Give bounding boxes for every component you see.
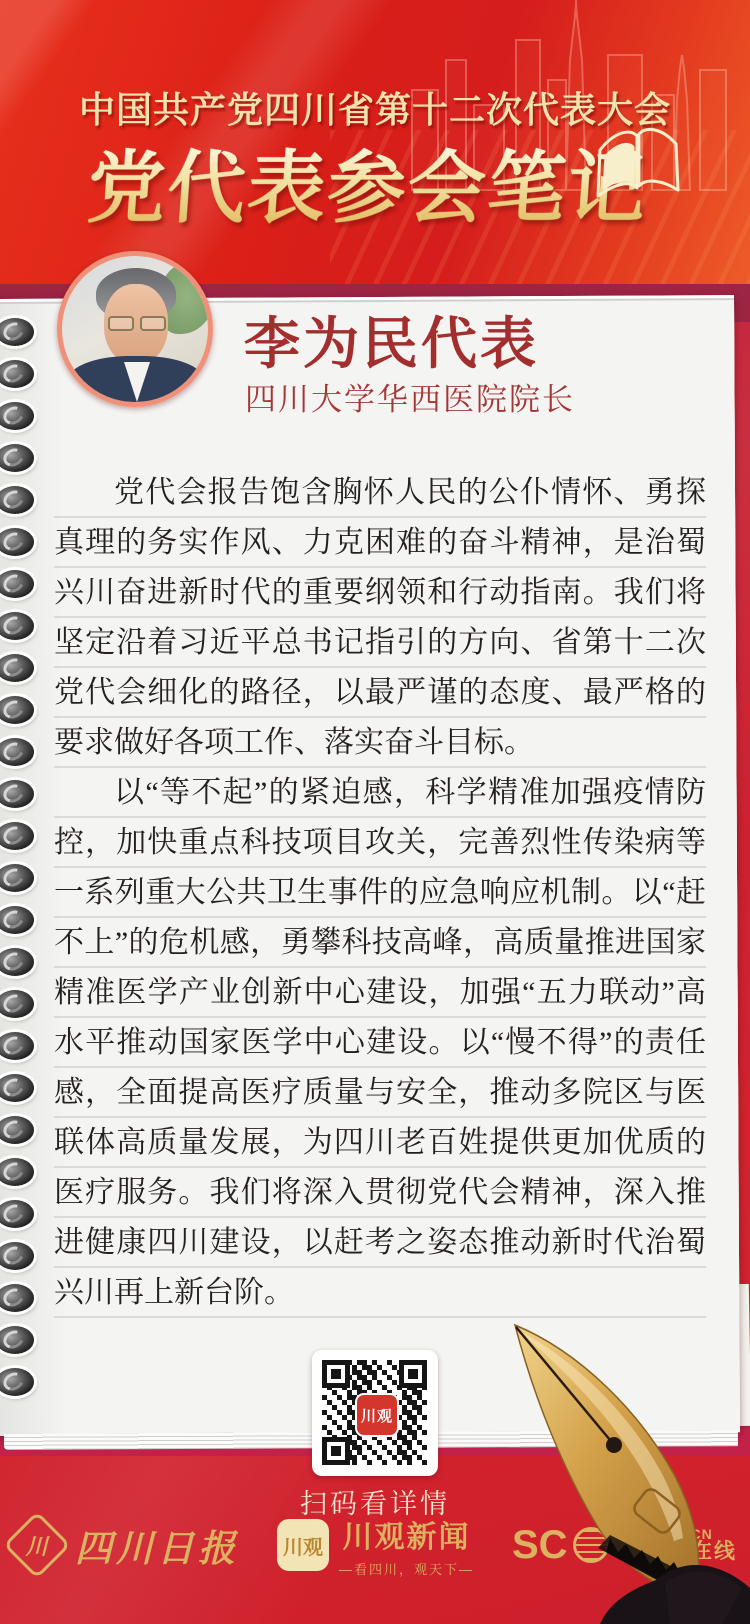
avatar: [57, 251, 213, 407]
article-paragraph-2: 以“等不起”的紧迫感，科学精准加强疫情防控，加快重点科技项目攻关，完善烈性传染病…: [54, 768, 706, 1318]
sichuan-daily-wordmark: 四川日报: [75, 1518, 239, 1572]
qr-code: 川观: [312, 1350, 438, 1476]
delegate-title: 四川大学华西医院院长: [245, 374, 575, 419]
avatar-glasses: [108, 316, 166, 331]
chuanguan-tile-icon: 川观: [277, 1519, 329, 1571]
fountain-pen-illustration: [460, 1280, 750, 1624]
open-book-icon: [592, 122, 684, 214]
qr-center-logo: 川观: [355, 1393, 399, 1437]
chuanguan-wordmark: 川观新闻: [342, 1512, 470, 1556]
sichuan-daily-logo: 川 四川日报: [13, 1518, 239, 1572]
article-paragraph-1: 党代会报告饱含胸怀人民的公仆情怀、勇探真理的务实作风、力克困难的奋斗精神，是治蜀…: [54, 468, 706, 768]
spiral-binding: [0, 318, 34, 1396]
chuanguan-tagline: —看四川，观天下—: [339, 1559, 474, 1578]
article-text: 党代会报告饱含胸怀人民的公仆情怀、勇探真理的务实作风、力克困难的奋斗精神，是治蜀…: [54, 468, 706, 1318]
chuanguan-news-logo: 川观 川观新闻 —看四川，观天下—: [277, 1512, 474, 1578]
delegate-name: 李为民代表: [244, 300, 539, 380]
qr-finder-bottom-left: [322, 1437, 350, 1465]
sichuan-daily-emblem-icon: 川: [3, 1511, 71, 1579]
qr-finder-top-left: [322, 1360, 350, 1388]
poster-main-title: 党代表参会笔记: [84, 126, 652, 238]
qr-finder-top-right: [399, 1360, 427, 1388]
